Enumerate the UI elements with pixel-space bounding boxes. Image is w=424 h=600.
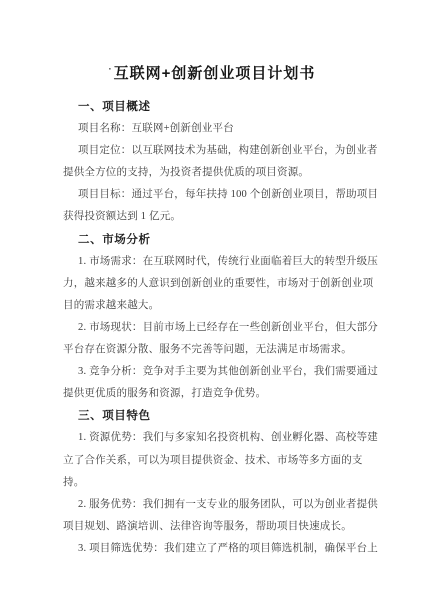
paragraph-line: 平台存在资源分散、服务不完善等问题，无法满足市场需求。 — [63, 339, 366, 361]
paragraph-line: 项目名称：互联网+创新创业平台 — [63, 118, 366, 140]
paragraph-line: 项目规划、路演培训、法律咨询等服务，帮助项目快速成长。 — [63, 516, 366, 538]
title-dot-mark: · — [109, 64, 112, 74]
paragraph-line: 提供全方位的支持，为投资者提供优质的项目资源。 — [63, 162, 366, 184]
paragraph-line: 1. 市场需求：在互联网时代，传统行业面临着巨大的转型升级压 — [63, 251, 366, 273]
paragraph-line: 力，越来越多的人意识到创新创业的重要性，市场对于创新创业项 — [63, 273, 366, 295]
paragraph-line: 1. 资源优势：我们与多家知名投资机构、创业孵化器、高校等建 — [63, 427, 366, 449]
document-title-text: 互联网+创新创业项目计划书 — [114, 65, 316, 82]
paragraph-line: 3. 竞争分析：竞争对手主要为其他创新创业平台，我们需要通过 — [63, 361, 366, 383]
section-heading-market-analysis: 二、市场分析 — [63, 229, 366, 251]
section-heading-project-overview: 一、项目概述 — [63, 96, 366, 118]
paragraph-line: 获得投资额达到 1 亿元。 — [63, 206, 366, 228]
section-heading-project-features: 三、项目特色 — [63, 405, 366, 427]
paragraph-line: 2. 市场现状：目前市场上已经存在一些创新创业平台，但大部分 — [63, 317, 366, 339]
paragraph-line: 项目目标：通过平台，每年扶持 100 个创新创业项目，帮助项目 — [63, 184, 366, 206]
document-page: ·互联网+创新创业项目计划书 一、项目概述 项目名称：互联网+创新创业平台 项目… — [0, 0, 424, 600]
paragraph-line: 目的需求越来越大。 — [63, 295, 366, 317]
paragraph-line: 项目定位：以互联网技术为基础，构建创新创业平台，为创业者 — [63, 140, 366, 162]
paragraph-line: 立了合作关系，可以为项目提供资金、技术、市场等多方面的支 — [63, 450, 366, 472]
paragraph-line: 3. 项目筛选优势：我们建立了严格的项目筛选机制，确保平台上 — [63, 538, 366, 560]
paragraph-line: 2. 服务优势：我们拥有一支专业的服务团队，可以为创业者提供 — [63, 494, 366, 516]
document-title: ·互联网+创新创业项目计划书 — [0, 55, 424, 88]
document-body: 一、项目概述 项目名称：互联网+创新创业平台 项目定位：以互联网技术为基础，构建… — [0, 96, 424, 560]
paragraph-line: 提供更优质的服务和资源，打造竞争优势。 — [63, 383, 366, 405]
paragraph-line: 持。 — [63, 472, 366, 494]
